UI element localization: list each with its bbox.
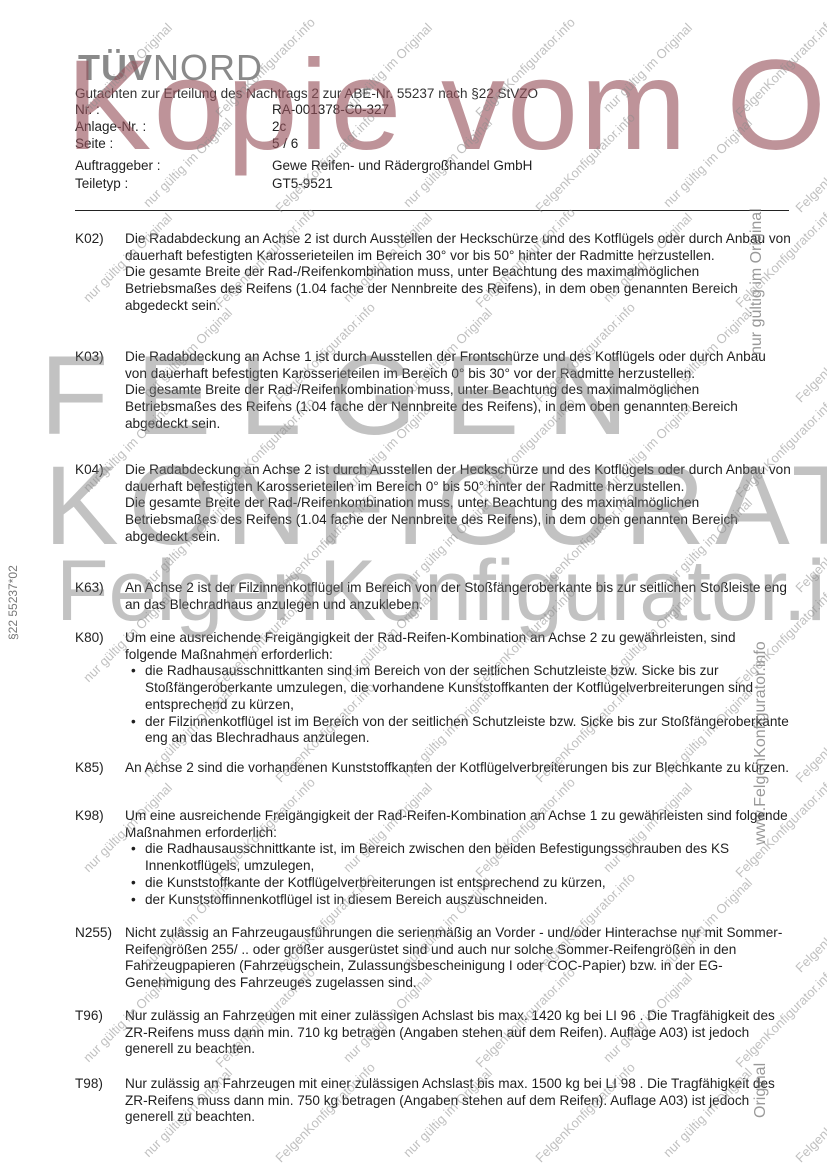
condition-item: K63)An Achse 2 ist der Filzinnenkotflüge… <box>75 580 791 613</box>
header-field: Teiletyp :GT5-9521 <box>75 176 333 191</box>
header-field: Auftraggeber :Gewe Reifen- und Rädergroß… <box>75 158 532 173</box>
condition-paragraph: An Achse 2 ist der Filzinnenkotflügel im… <box>125 580 791 613</box>
condition-item: K03)Die Radabdeckung an Achse 1 ist durc… <box>75 349 791 433</box>
header-field-value: GT5-9521 <box>272 176 333 191</box>
condition-paragraph: Die Radabdeckung an Achse 1 ist durch Au… <box>125 349 791 382</box>
watermark-small-text: FelgenKonfigurator.info <box>472 15 578 121</box>
condition-text: Die Radabdeckung an Achse 2 ist durch Au… <box>125 462 791 546</box>
condition-text: Die Radabdeckung an Achse 1 ist durch Au… <box>125 349 791 433</box>
watermark-small-text: FelgenKonfigurator.info <box>792 110 827 216</box>
condition-paragraph: Die Radabdeckung an Achse 2 ist durch Au… <box>125 231 791 264</box>
condition-text: An Achse 2 sind die vorhandenen Kunststo… <box>125 760 791 777</box>
condition-paragraph: Nicht zulässig an Fahrzeugausführungen d… <box>125 925 791 992</box>
condition-bullet: die Radhausausschnittkante ist, im Berei… <box>145 841 791 874</box>
condition-paragraph: Um eine ausreichende Freigängigkeit der … <box>125 808 791 841</box>
condition-code: K63) <box>75 580 123 597</box>
header-field: Anlage-Nr. :2c <box>75 119 286 134</box>
condition-paragraph: Die gesamte Breite der Rad-/Reifenkombin… <box>125 264 791 314</box>
watermark-small-text: nur gültig im Original <box>600 20 695 115</box>
condition-code: K80) <box>75 630 123 647</box>
logo-tuv: TÜV <box>78 47 153 88</box>
condition-paragraph: Um eine ausreichende Freigängigkeit der … <box>125 630 791 663</box>
header-field-label: Auftraggeber : <box>75 158 272 173</box>
condition-text: Nicht zulässig an Fahrzeugausführungen d… <box>125 925 791 992</box>
header-field-label: Seite : <box>75 136 272 151</box>
condition-bullet: der Filzinnenkotflügel ist im Bereich vo… <box>145 714 791 747</box>
condition-code: K02) <box>75 231 123 248</box>
condition-bullet: der Kunststoffinnenkotflügel ist in dies… <box>145 892 791 909</box>
header-field-value: RA-001378-C0-327 <box>272 102 389 117</box>
watermark-small-text: FelgenKonfigurator.info <box>792 490 827 596</box>
condition-bullets: die Radhausausschnittkante ist, im Berei… <box>125 841 791 908</box>
condition-item: K04)Die Radabdeckung an Achse 2 ist durc… <box>75 462 791 546</box>
tuv-nord-logo: TÜVNORD <box>78 50 263 86</box>
condition-item: K80)Um eine ausreichende Freigängigkeit … <box>75 630 791 747</box>
condition-paragraph: Die gesamte Breite der Rad-/Reifenkombin… <box>125 495 791 545</box>
header-divider <box>75 210 789 211</box>
condition-text: Nur zulässig an Fahrzeugen mit einer zul… <box>125 1076 791 1126</box>
condition-paragraph: An Achse 2 sind die vorhandenen Kunststo… <box>125 760 791 777</box>
condition-bullet: die Radhausausschnittkanten sind im Bere… <box>145 663 791 713</box>
header-field-value: 5 / 6 <box>272 136 298 151</box>
document-page: TÜVNORD Gutachten zur Erteilung des Nach… <box>0 0 827 1169</box>
condition-text: Die Radabdeckung an Achse 2 ist durch Au… <box>125 231 791 315</box>
watermark-small-text: FelgenKonfigurator.info <box>532 110 638 216</box>
watermark-small-text: FelgenKonfigurator.info <box>792 1060 827 1166</box>
condition-paragraph: Nur zulässig an Fahrzeugen mit einer zul… <box>125 1008 791 1058</box>
watermark-small-text: nur gültig im Original <box>660 115 755 210</box>
condition-paragraph: Die Radabdeckung an Achse 2 ist durch Au… <box>125 462 791 495</box>
condition-text: Nur zulässig an Fahrzeugen mit einer zul… <box>125 1008 791 1058</box>
header-field-label: Nr. : <box>75 102 272 117</box>
watermark-small-text: FelgenKonfigurator.info <box>732 15 827 121</box>
condition-item: T96)Nur zulässig an Fahrzeugen mit einer… <box>75 1008 791 1058</box>
condition-paragraph: Nur zulässig an Fahrzeugen mit einer zul… <box>125 1076 791 1126</box>
header-field-label: Anlage-Nr. : <box>75 119 272 134</box>
header-field-value: 2c <box>272 119 286 134</box>
condition-text: Um eine ausreichende Freigängigkeit der … <box>125 630 791 747</box>
condition-paragraph: Die gesamte Breite der Rad-/Reifenkombin… <box>125 382 791 432</box>
condition-code: K04) <box>75 462 123 479</box>
condition-text: Um eine ausreichende Freigängigkeit der … <box>125 808 791 908</box>
condition-text: An Achse 2 ist der Filzinnenkotflügel im… <box>125 580 791 613</box>
header-field: Nr. :RA-001378-C0-327 <box>75 102 389 117</box>
logo-nord: NORD <box>153 47 263 88</box>
condition-item: N255)Nicht zulässig an Fahrzeugausführun… <box>75 925 791 992</box>
watermark-small-text: FelgenKonfigurator.info <box>792 680 827 786</box>
watermark-small-text: FelgenKonfigurator.info <box>792 870 827 976</box>
condition-code: N255) <box>75 925 123 942</box>
condition-code: K03) <box>75 349 123 366</box>
condition-code: T98) <box>75 1076 123 1093</box>
condition-item: K02)Die Radabdeckung an Achse 2 ist durc… <box>75 231 791 315</box>
document-title: Gutachten zur Erteilung des Nachtrags 2 … <box>75 86 538 101</box>
header-field-value: Gewe Reifen- und Rädergroßhandel GmbH <box>272 158 532 173</box>
condition-code: K98) <box>75 808 123 825</box>
condition-code: T96) <box>75 1008 123 1025</box>
condition-code: K85) <box>75 760 123 777</box>
watermark-small-text: FelgenKonfigurator.info <box>792 300 827 406</box>
header-field: Seite :5 / 6 <box>75 136 298 151</box>
condition-bullet: die Kunststoffkante der Kotflügelverbrei… <box>145 875 791 892</box>
condition-item: K85)An Achse 2 sind die vorhandenen Kuns… <box>75 760 791 777</box>
side-reference-note: §22 55237*02 <box>6 565 20 640</box>
condition-item: K98)Um eine ausreichende Freigängigkeit … <box>75 808 791 908</box>
header-field-label: Teiletyp : <box>75 176 272 191</box>
condition-item: T98)Nur zulässig an Fahrzeugen mit einer… <box>75 1076 791 1126</box>
condition-bullets: die Radhausausschnittkanten sind im Bere… <box>125 663 791 747</box>
